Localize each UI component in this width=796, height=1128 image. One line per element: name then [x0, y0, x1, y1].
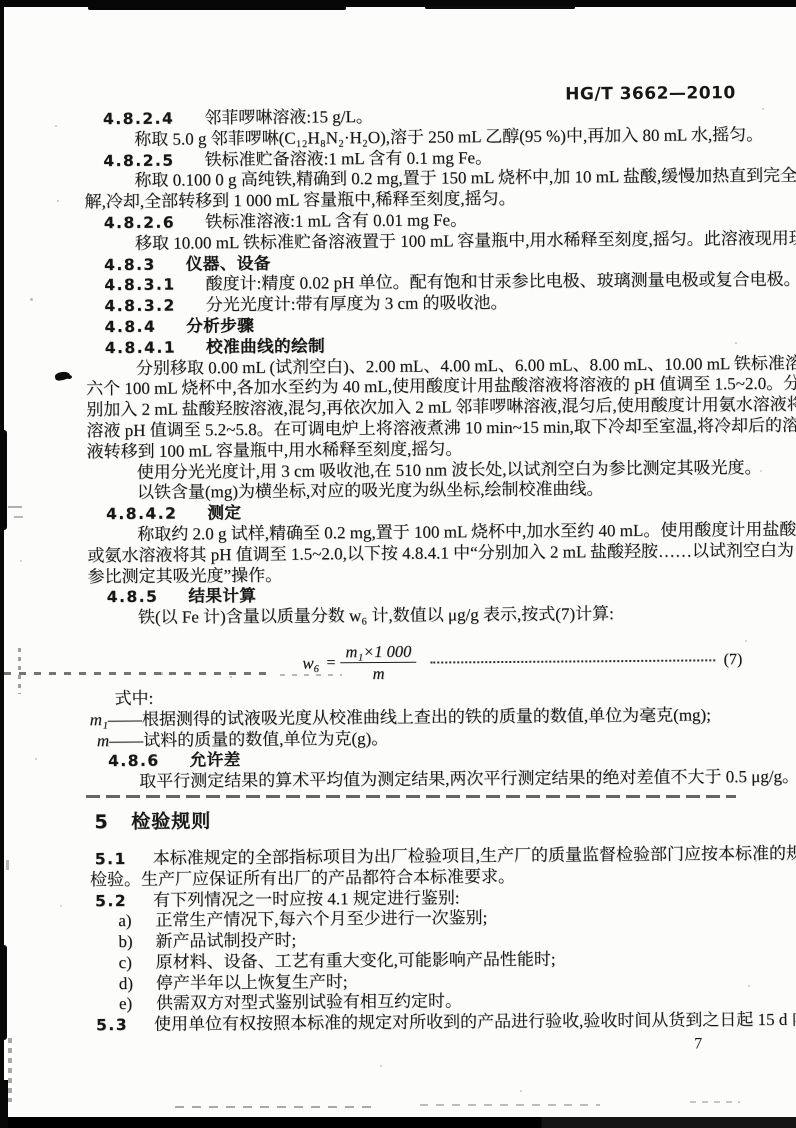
line-text: 原材料、设备、工艺有重大变化,可能影响产品性能时; [156, 949, 556, 971]
line-text: 测定 [207, 503, 241, 522]
line-text: 称取 5.0 g 邻菲啰啉(C₁₂H₈N₂·H₂O),溶于 250 mL 乙醇(… [134, 125, 763, 149]
scan-speck [748, 985, 750, 987]
scan-speck [520, 1090, 522, 1092]
scan-artifact-left-bar [0, 1080, 8, 1128]
scan-speck [735, 342, 737, 344]
scan-artifact-top-bar [425, 6, 575, 9]
clause-number: 4.8.3.2 [104, 297, 175, 316]
clause-number: 4.8.4.2 [106, 505, 177, 524]
scan-speck [380, 1065, 382, 1067]
line-text: 检验。生产厂应保证所有出厂的产品都符合本标准要求。 [90, 867, 515, 889]
body-section-2: 式中:m₁——根据测得的试液吸光度从校准曲线上查出的铁的质量的数值,单位为毫克(… [88, 684, 745, 1036]
scan-artifact-smudge-line [690, 1101, 740, 1103]
scan-speck [35, 758, 37, 760]
line-text: 称取 0.100 0 g 高纯铁,精确到 0.2 mg,置于 150 mL 烧杯… [134, 166, 796, 190]
scan-artifact-ink-blob [66, 375, 72, 379]
clause-number: 4.8.2.5 [103, 151, 174, 170]
line-text: 结果计算 [188, 586, 256, 606]
scan-speck [57, 200, 59, 202]
line-text: 铁标准贮备溶液:1 mL 含有 0.1 mg Fe。 [205, 148, 493, 169]
body-section-1: 4.8.2.4邻菲啰啉溶液:15 g/L。称取 5.0 g 邻菲啰啉(C₁₂H₈… [84, 104, 742, 629]
symbol-term: m₁ [90, 710, 108, 729]
list-letter: e) [119, 994, 143, 1015]
line-text: 解,冷却,全部转移到 1 000 mL 容量瓶中,稀释至刻度,摇匀。 [85, 189, 516, 211]
list-letter: b) [118, 932, 142, 953]
scan-artifact-mark [6, 860, 9, 870]
text-line: 取平行测定结果的算术平均值为测定结果,两次平行测定结果的绝对差值不大于 0.5 … [89, 767, 743, 793]
scan-artifact-smudge-line [175, 1106, 375, 1108]
scan-artifact-left-bar [0, 945, 7, 1040]
text-line: 铁(以 Fe 计)含量以质量分数 w₆ 计,数值以 μg/g 表示,按式(7)计… [88, 603, 742, 629]
line-text: 取平行测定结果的算术平均值为测定结果,两次平行测定结果的绝对差值不大于 0.5 … [139, 767, 796, 791]
formula-7: w₆ = m₁×1 000 m (7) [302, 638, 742, 685]
clause-number: 5.1 [95, 850, 127, 868]
clause-line: 5.3使用单位有权按照本标准的规定对所收到的产品进行验收,验收时间从货到之日起 … [91, 1010, 745, 1036]
line-text: 酸度计:精度 0.02 pH 单位。配有饱和甘汞参比电极、玻璃测量电极或复合电极… [206, 270, 796, 294]
line-text: 停产半年以上恢复生产时; [156, 972, 348, 993]
line-text: 以铁含量(mg)为横坐标,对应的吸光度为纵坐标,绘制校准曲线。 [137, 480, 604, 503]
line-text: 铁(以 Fe 计)含量以质量分数 w₆ 计,数值以 μg/g 表示,按式(7)计… [138, 604, 614, 627]
clause-number: 4.8.6 [108, 752, 160, 770]
formula-numerator: m₁×1 000 [340, 642, 416, 664]
formula-denominator: m [373, 663, 385, 683]
list-letter: c) [119, 953, 143, 974]
line-text: 液转移到 100 mL 容量瓶中,用水稀释至刻度,摇匀。 [87, 439, 463, 461]
scan-speck [30, 298, 33, 301]
scanned-document-page: HG/T 3662—2010 4.8.2.4邻菲啰啉溶液:15 g/L。称取 5… [0, 0, 796, 1128]
line-text: 式中: [114, 689, 153, 708]
scan-artifact-mark [8, 506, 22, 508]
scan-artifact-smudge-line [420, 1104, 600, 1106]
scan-speck [755, 860, 757, 862]
standard-code: HG/T 3662—2010 [565, 83, 736, 104]
line-text: ——根据测得的试液吸光度从校准曲线上查出的铁的质量的数值,单位为毫克(mg); [108, 705, 711, 729]
list-letter: d) [119, 974, 143, 995]
formula-fraction: m₁×1 000 m [340, 642, 416, 684]
clause-number: 4.8.4.1 [105, 338, 176, 357]
scan-artifact-mark [18, 648, 21, 694]
line-text: 邻菲啰啉溶液:15 g/L。 [204, 107, 373, 127]
line-text: 正常生产情况下,每六个月至少进行一次鉴别; [155, 908, 487, 930]
line-text: 允许差 [190, 750, 241, 769]
scan-artifact-top-bar [88, 6, 346, 10]
printed-area: HG/T 3662—2010 4.8.2.4邻菲啰啉溶液:15 g/L。称取 5… [0, 0, 796, 1128]
scan-speck [20, 560, 22, 562]
scan-artifact-mark [14, 516, 23, 518]
clause-number: 4.8.5 [107, 588, 159, 606]
clause-number: 4.8.2.4 [103, 110, 174, 129]
scan-speck [55, 125, 57, 127]
symbol-term: m [97, 731, 109, 750]
document-body: 4.8.2.4邻菲啰啉溶液:15 g/L。称取 5.0 g 邻菲啰啉(C₁₂H₈… [84, 104, 745, 1036]
formula-equals: = [326, 654, 335, 672]
line-text: 有下列情况之一时应按 4.1 规定进行鉴别: [153, 888, 460, 909]
line-text: 使用单位有权按照本标准的规定对所收到的产品进行验收,验收时间从货到之日起 15 … [154, 1010, 796, 1035]
scan-artifact-mark [8, 1038, 12, 1102]
line-text: 新产品试制投产时; [155, 931, 296, 951]
clause-number: 5.3 [96, 1016, 128, 1034]
line-text: 本标准规定的全部指标项目为出厂检验项目,生产厂的质量监督检验部门应按本标准的规定… [153, 843, 796, 868]
line-text: 参比测定其吸光度”操作。 [88, 565, 283, 586]
scan-artifact-left-bar [0, 430, 7, 530]
line-text: ——试料的质量的数值,单位为克(g)。 [109, 728, 388, 749]
line-text: 仪器、设备 [186, 253, 271, 273]
line-text: 铁标准溶液:1 mL 含有 0.01 mg Fe。 [205, 210, 467, 231]
line-text: 分光光度计:带有厚度为 3 cm 的吸收池。 [206, 293, 508, 314]
line-text: 称取约 2.0 g 试样,精确至 0.2 mg,置于 100 mL 烧杯中,加水… [137, 519, 796, 543]
clause-number: 5 [94, 811, 109, 833]
clause-number: 4.8.2.6 [104, 214, 175, 233]
line-text: 供需双方对型式鉴别试验有相互约定时。 [156, 992, 462, 1013]
scan-artifact-bottom-bar [0, 1117, 796, 1128]
scan-artifact-smudge-line [280, 674, 342, 676]
clause-number: 4.8.4 [105, 318, 157, 336]
clause-number: 4.8.3 [104, 255, 156, 273]
formula-leader-dots [430, 659, 715, 663]
line-text: 使用分光光度计,用 3 cm 吸收池,在 510 nm 波长处,以试剂空白为参比… [137, 458, 762, 482]
line-text: 分析步骤 [186, 316, 254, 336]
scan-speck [160, 672, 163, 675]
list-letter: a) [118, 911, 142, 932]
scan-speck [762, 108, 764, 110]
scan-speck [745, 640, 747, 642]
formula-number: (7) [724, 651, 743, 669]
page-number: 7 [694, 1035, 702, 1053]
clause-number: 5.2 [95, 891, 127, 909]
formula-lhs: w₆ [302, 653, 319, 673]
chapter-heading: 5检验规则 [89, 804, 743, 835]
scan-artifact-smudge-line [86, 795, 736, 798]
scan-speck [230, 676, 232, 678]
scan-artifact-smudge-line [4, 672, 269, 675]
scan-speck [760, 470, 762, 472]
line-text: 校准曲线的绘制 [206, 336, 325, 356]
clause-number: 4.8.3.1 [104, 276, 175, 295]
scan-speck [60, 905, 62, 907]
line-text: 检验规则 [131, 810, 211, 833]
